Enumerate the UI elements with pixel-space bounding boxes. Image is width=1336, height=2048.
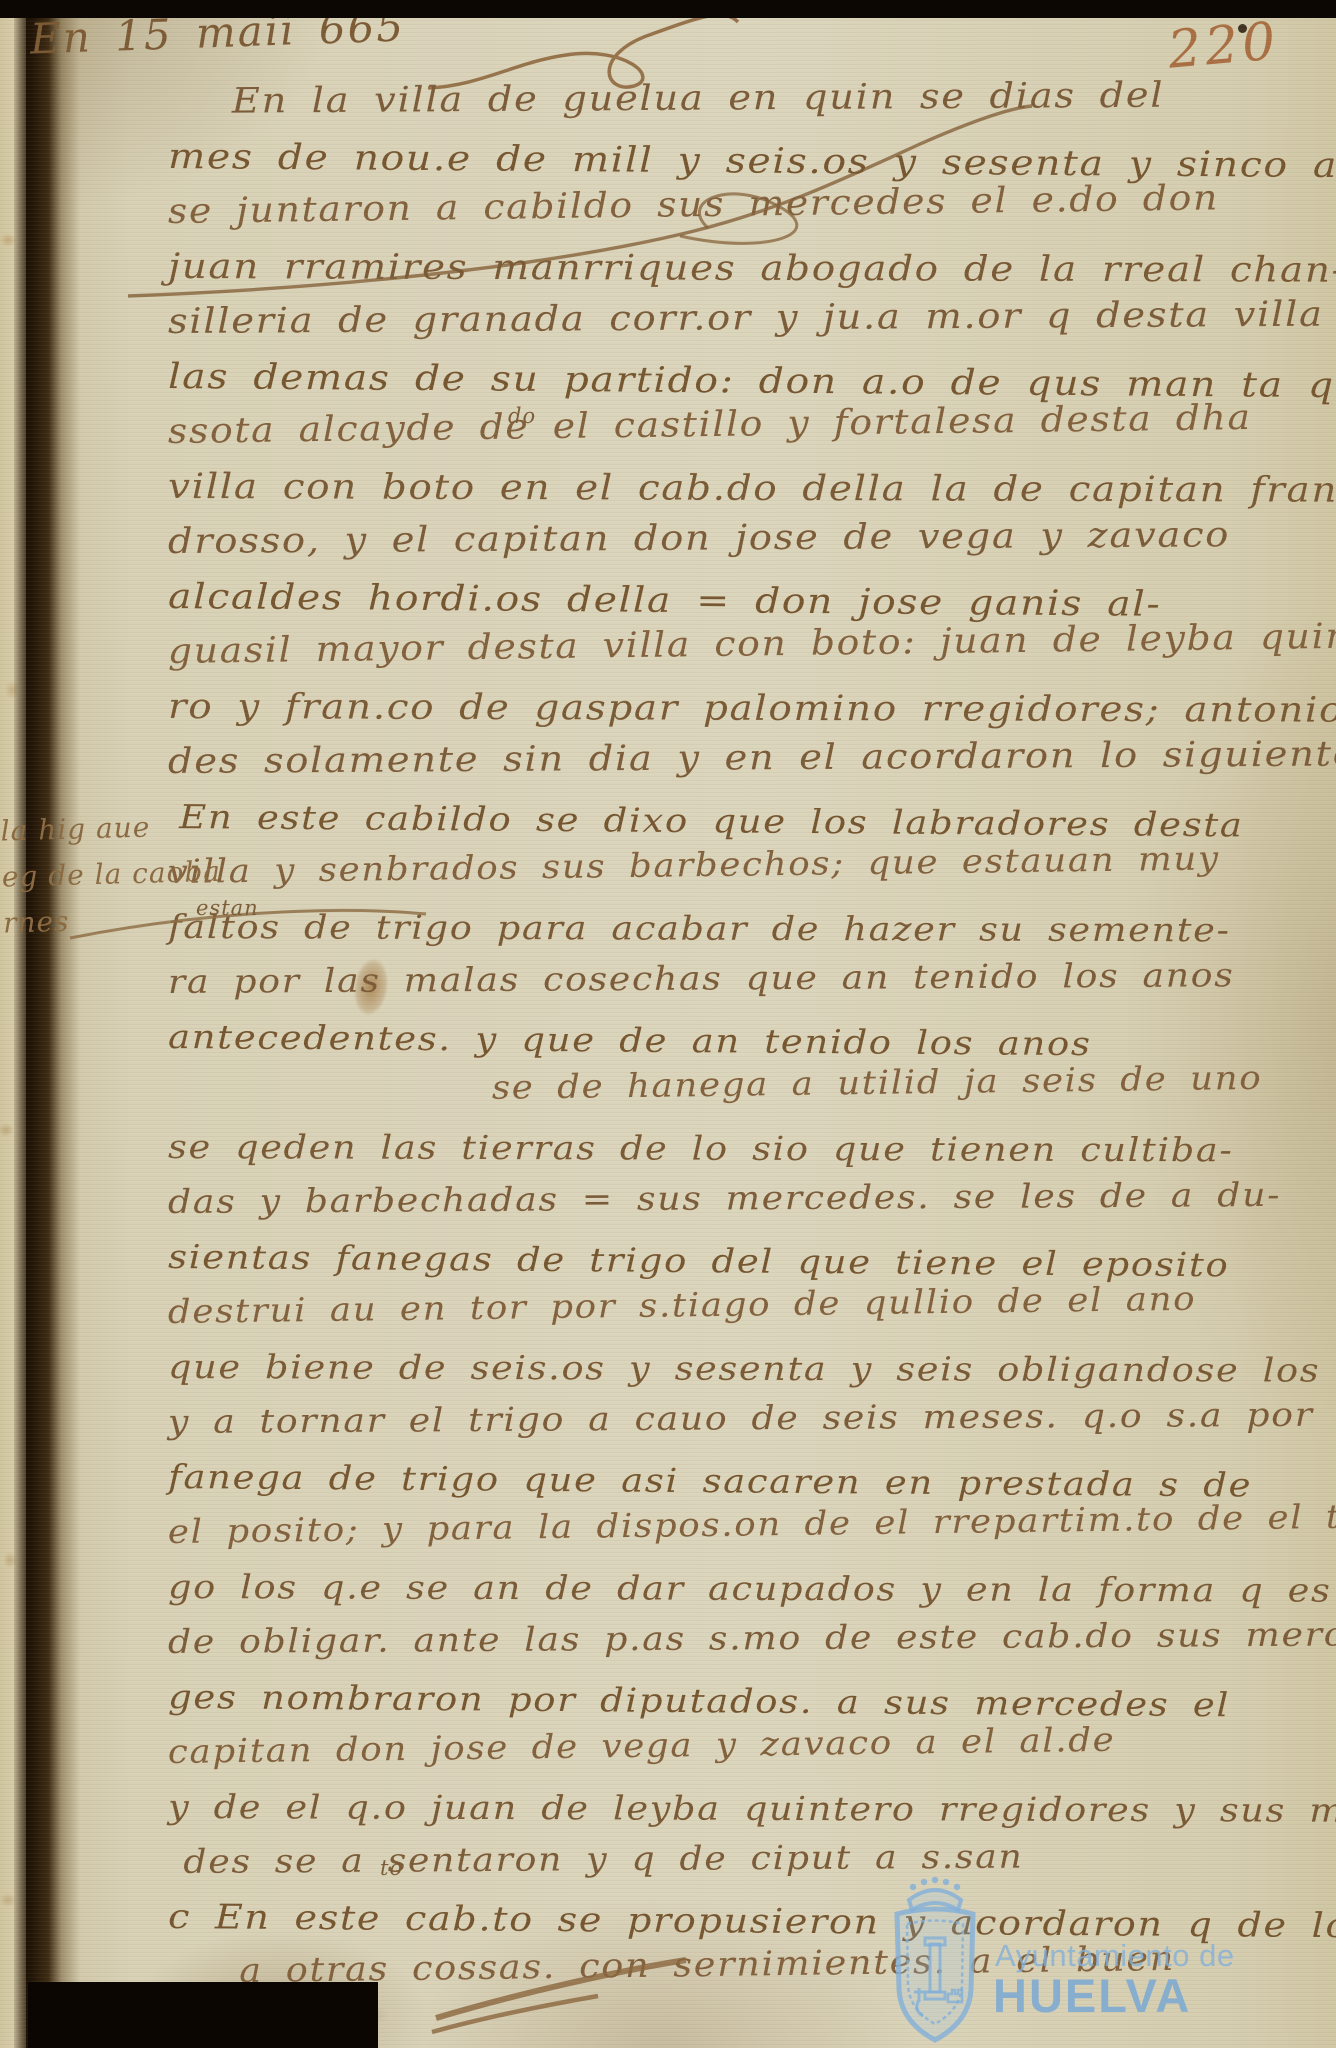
margin-note-line: eg de la caoba [1,856,192,907]
manuscript-line: das y barbechadas = sus mercedes. se les… [168,1174,1336,1237]
margin-note-line: rnes [3,902,194,953]
margin-note-line: la hig aue [0,810,191,861]
bottom-left-shadow [28,1982,378,2048]
facing-page-sliver [0,0,26,2048]
interlinear-note: do [508,404,536,428]
margin-note: la hig aueeg de la caobarnes [0,810,194,953]
manuscript-line: de obligar. ante las p.as s.mo de este c… [168,1614,1336,1677]
manuscript-scan: En 15 maii 665 220 En la villa de guelua… [0,0,1336,2048]
interlinear-note: estan [196,896,259,920]
text-block: En la villa de guelua en quin se dias de… [168,82,1318,2007]
manuscript-line: drosso, y el capitan don jose de vega y … [168,514,1336,577]
manuscript-line: des se a sentaron y q de ciput a s.san [168,1834,1336,1897]
top-black-edge [0,0,1336,18]
manuscript-line: ra por las malas cosechas que an tenido … [168,954,1336,1017]
folio-number: 220 [1166,11,1282,80]
manuscript-line: En la villa de guelua en quin se dias de… [168,74,1336,137]
manuscript-line: silleria de granada corr.or y ju.a m.or … [168,294,1336,357]
manuscript-line: y a tornar el trigo a cauo de seis meses… [168,1394,1336,1457]
interlinear-note: to [380,1856,403,1880]
manuscript-line: des solamente sin dia y en el acordaron … [168,734,1336,797]
